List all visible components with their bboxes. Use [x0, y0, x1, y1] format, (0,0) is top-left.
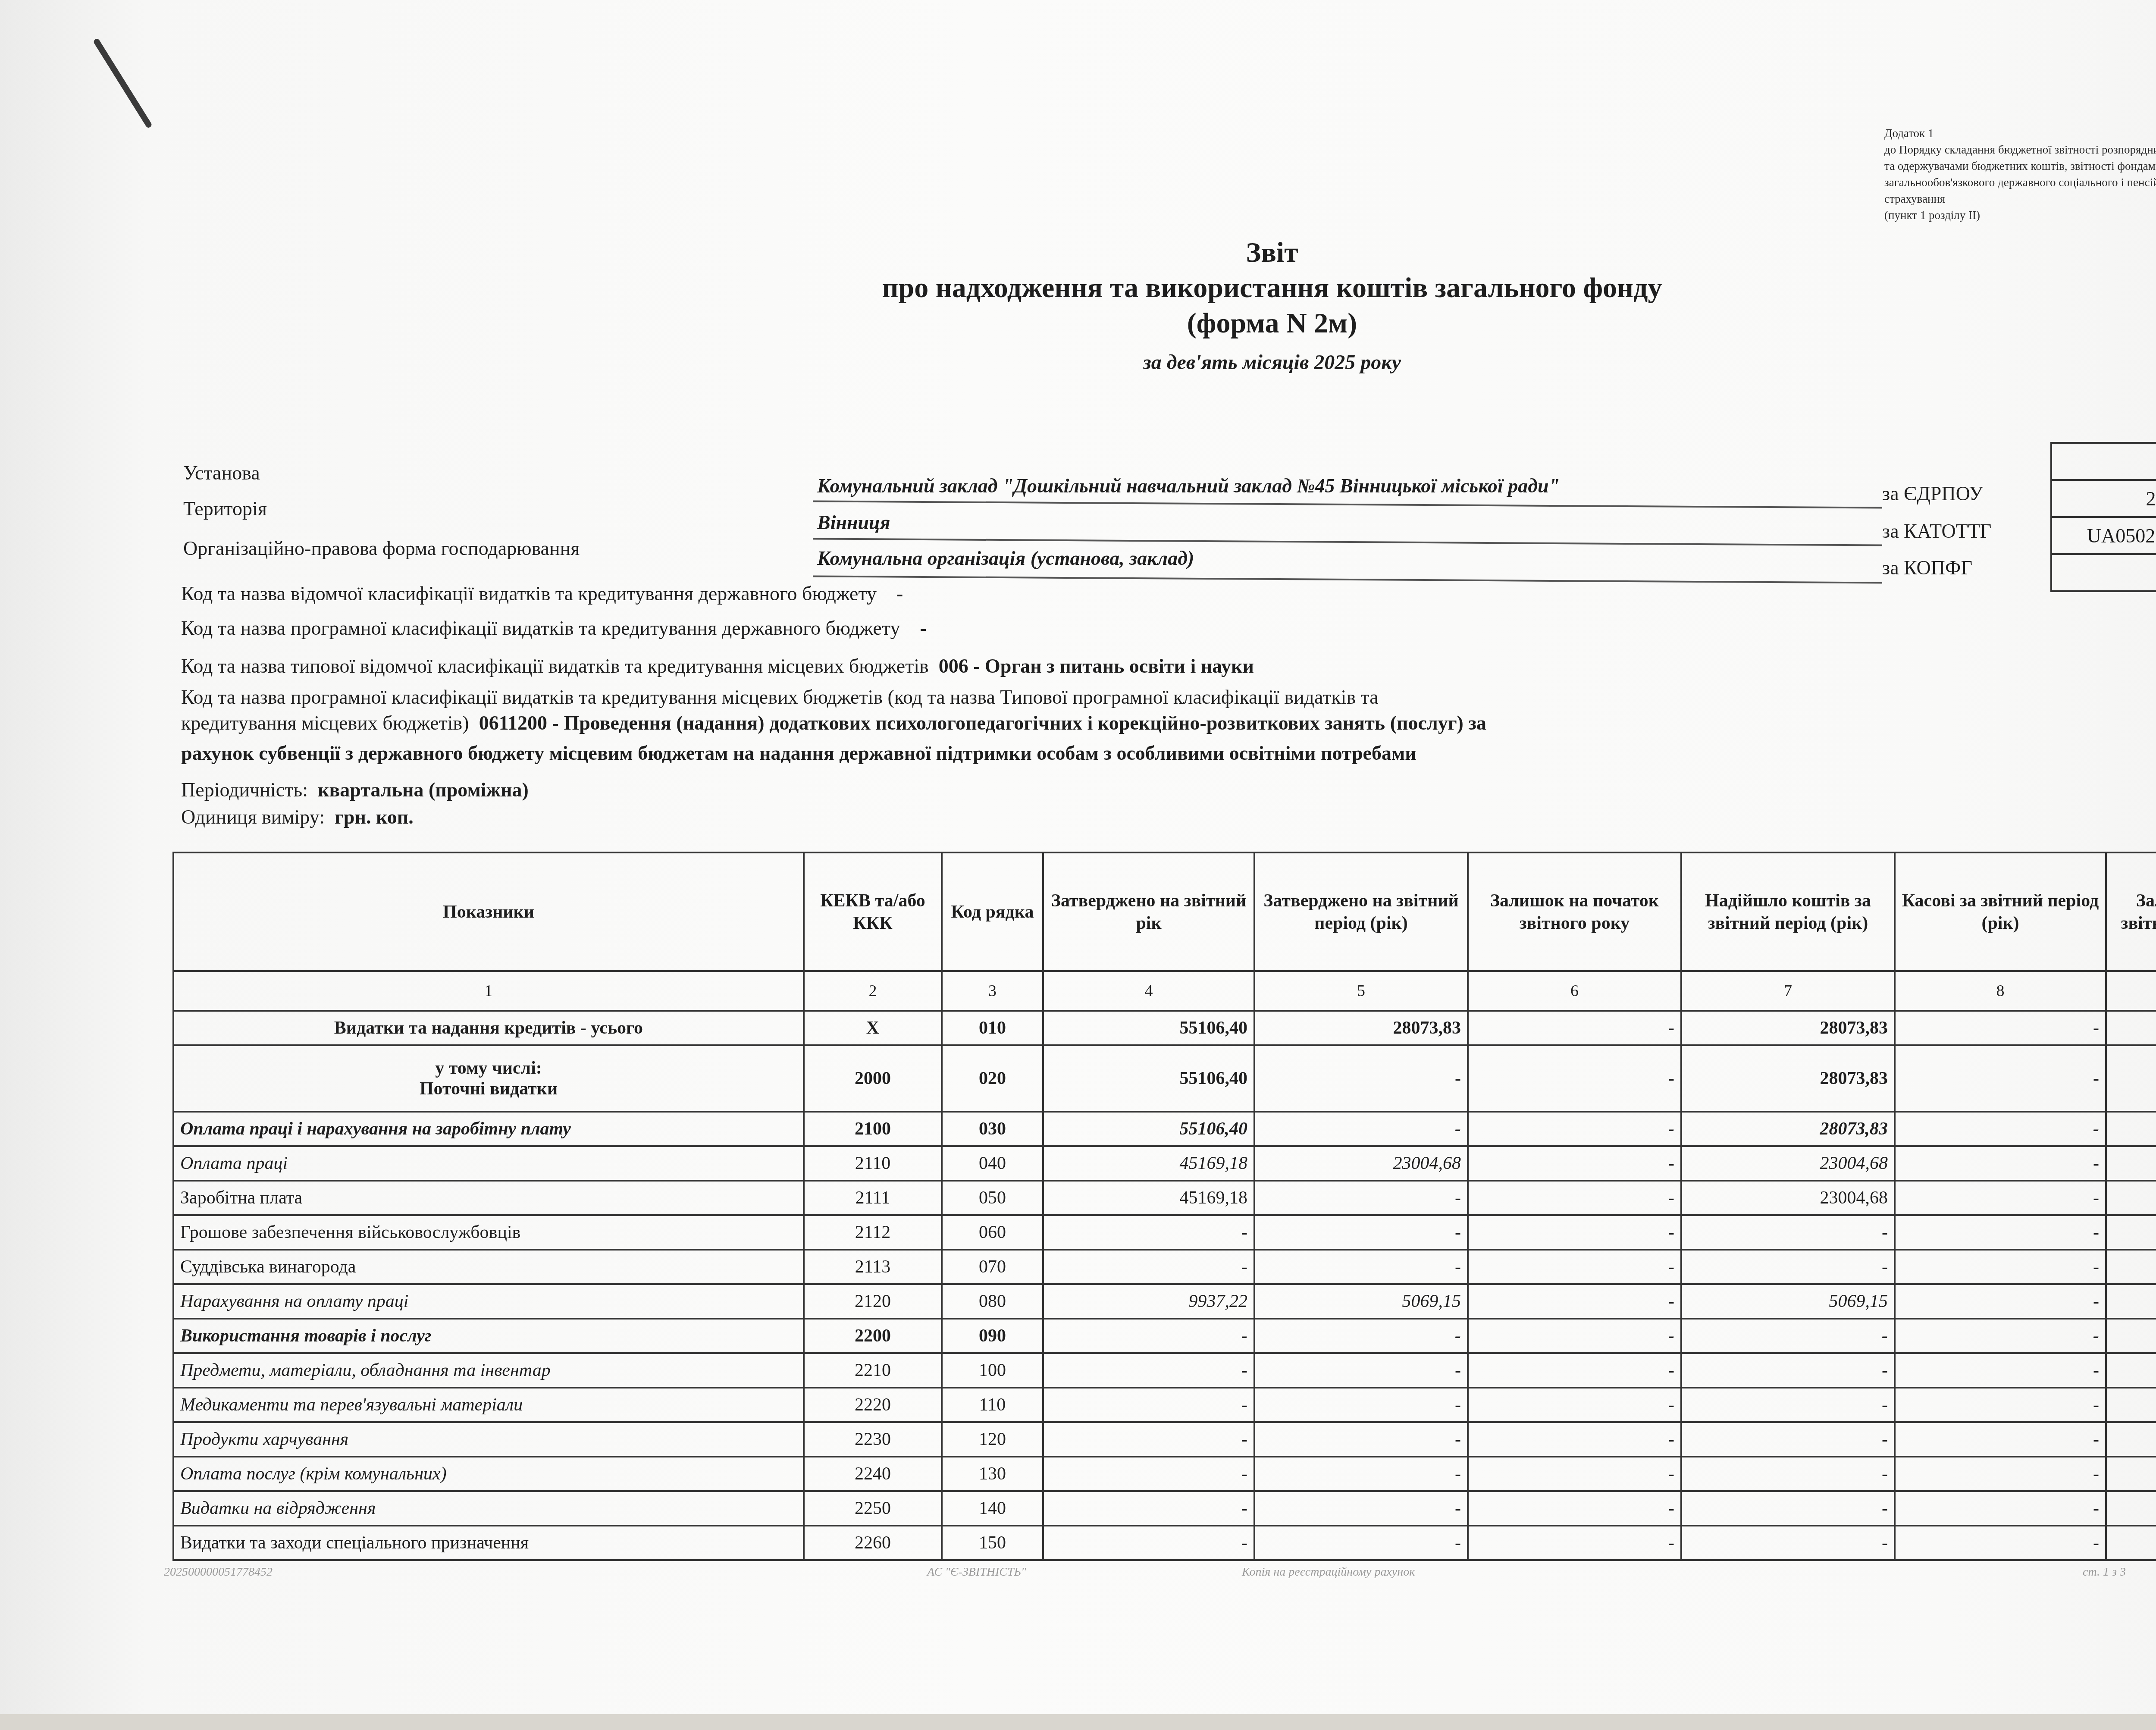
- institution-label: Установа: [183, 461, 260, 484]
- approved-period-cell: -: [1254, 1353, 1468, 1388]
- approved-year-cell: -: [1043, 1250, 1254, 1284]
- balance-end-cell: 28073,83: [2106, 1112, 2156, 1146]
- balance-start-cell: -: [1468, 1181, 1681, 1215]
- cash-cell: -: [1895, 1319, 2106, 1353]
- kekv-cell: 2120: [804, 1284, 942, 1319]
- row-code-cell: 060: [942, 1215, 1043, 1250]
- received-cell: -: [1681, 1422, 1895, 1457]
- balance-end-cell: -: [2106, 1457, 2156, 1491]
- balance-end-cell: -: [2106, 1319, 2156, 1353]
- received-cell: -: [1681, 1319, 1895, 1353]
- balance-start-cell: -: [1468, 1011, 1681, 1045]
- received-cell: 5069,15: [1681, 1284, 1895, 1319]
- balance-end-cell: 23004,68: [2106, 1146, 2156, 1181]
- balance-start-cell: -: [1468, 1112, 1681, 1146]
- codes-header: КОДИ: [2051, 443, 2156, 480]
- footer-copy-note: Копія на реєстраційному рахунок: [1242, 1565, 1415, 1579]
- territory-label: Територія: [183, 497, 267, 520]
- table-header-row: Показники КЕКВ та/або ККК Код рядка Затв…: [173, 852, 2156, 971]
- row-indicator-name: Суддівська винагорода: [173, 1250, 804, 1284]
- appendix-line: загальнообов'язкового державного соціаль…: [1884, 174, 2156, 191]
- balance-end-cell: -: [2106, 1422, 2156, 1457]
- balance-start-cell: -: [1468, 1319, 1681, 1353]
- appendix-line: до Порядку складання бюджетної звітності…: [1884, 141, 2156, 158]
- kekv-cell: 2260: [804, 1526, 942, 1560]
- approved-year-cell: -: [1043, 1457, 1254, 1491]
- received-cell: -: [1681, 1526, 1895, 1560]
- received-cell: -: [1681, 1250, 1895, 1284]
- table-row: Видатки та надання кредитів - усьогоX010…: [173, 1011, 2156, 1045]
- approved-period-cell: 23004,68: [1254, 1146, 1468, 1181]
- table-row: Суддівська винагорода2113070------: [173, 1250, 2156, 1284]
- approved-year-cell: 45169,18: [1043, 1181, 1254, 1215]
- title-line-1: Звіт: [647, 235, 1897, 270]
- table-row: у тому числі:Поточні видатки200002055106…: [173, 1045, 2156, 1112]
- table-row: Видатки на відрядження2250140------: [173, 1491, 2156, 1526]
- kekv-cell: 2200: [804, 1319, 942, 1353]
- table-row: Оплата праці211004045169,1823004,68-2300…: [173, 1146, 2156, 1181]
- approved-period-cell: -: [1254, 1388, 1468, 1422]
- paper-edge: [0, 1714, 2156, 1730]
- cash-cell: -: [1895, 1388, 2106, 1422]
- approved-period-cell: -: [1254, 1045, 1468, 1112]
- received-cell: 28073,83: [1681, 1011, 1895, 1045]
- cash-cell: -: [1895, 1112, 2106, 1146]
- katottg-value: UA05020030010063857: [2051, 517, 2156, 554]
- balance-end-cell: -: [2106, 1353, 2156, 1388]
- row-code-cell: 030: [942, 1112, 1043, 1146]
- row-indicator-name: Оплата праці: [173, 1146, 804, 1181]
- row-indicator-name: Використання товарів і послуг: [173, 1319, 804, 1353]
- periodicity: Періодичність: квартальна (проміжна): [181, 778, 529, 801]
- title-form-number: (форма N 2м): [647, 306, 1897, 341]
- appendix-note: Додаток 1 до Порядку складання бюджетної…: [1884, 125, 2156, 223]
- approved-year-cell: -: [1043, 1526, 1254, 1560]
- table-row: Предмети, матеріали, обладнання та інвен…: [173, 1353, 2156, 1388]
- balance-start-cell: -: [1468, 1388, 1681, 1422]
- row-code-cell: 100: [942, 1353, 1043, 1388]
- balance-end-cell: -: [2106, 1491, 2156, 1526]
- classification-line-4c: рахунок субвенції з державного бюджету м…: [181, 742, 1416, 765]
- cash-cell: -: [1895, 1215, 2106, 1250]
- footer-system: АС "Є-ЗВІТНІСТЬ": [927, 1565, 1026, 1579]
- cash-cell: -: [1895, 1457, 2106, 1491]
- kekv-cell: 2112: [804, 1215, 942, 1250]
- approved-year-cell: 55106,40: [1043, 1112, 1254, 1146]
- classification-line-2: Код та назва програмної класифікації вид…: [181, 617, 927, 639]
- classification-line-4a: Код та назва програмної класифікації вид…: [181, 686, 1379, 708]
- footer-doc-id: 202500000051778452: [164, 1565, 273, 1579]
- row-indicator-name: Видатки та надання кредитів - усього: [173, 1011, 804, 1045]
- classification-line-4b: кредитування місцевих бюджетів) 0611200 …: [181, 711, 1486, 734]
- row-indicator-name: Нарахування на оплату праці: [173, 1284, 804, 1319]
- katottg-label: за КАТОТТГ: [1882, 520, 1991, 542]
- row-indicator-name: Видатки та заходи спеціального призначен…: [173, 1526, 804, 1560]
- approved-period-cell: -: [1254, 1457, 1468, 1491]
- approved-period-cell: -: [1254, 1215, 1468, 1250]
- approved-period-cell: 28073,83: [1254, 1011, 1468, 1045]
- row-indicator-name: у тому числі:Поточні видатки: [173, 1045, 804, 1112]
- cash-cell: -: [1895, 1422, 2106, 1457]
- col-header-cash: Касові за звітний період (рік): [1895, 852, 2106, 971]
- balance-end-cell: 23004,68: [2106, 1181, 2156, 1215]
- kekv-cell: 2111: [804, 1181, 942, 1215]
- balance-end-cell: -: [2106, 1526, 2156, 1560]
- approved-period-cell: -: [1254, 1491, 1468, 1526]
- approved-year-cell: 55106,40: [1043, 1011, 1254, 1045]
- report-period: за дев'ять місяців 2025 року: [647, 351, 1897, 374]
- kekv-cell: X: [804, 1011, 942, 1045]
- kekv-cell: 2210: [804, 1353, 942, 1388]
- balance-start-cell: -: [1468, 1491, 1681, 1526]
- edrpou-label: за ЄДРПОУ: [1882, 482, 1983, 505]
- approved-period-cell: 5069,15: [1254, 1284, 1468, 1319]
- institution-value: Комунальний заклад "Дошкільний навчальни…: [817, 474, 1560, 497]
- col-header-approved-period: Затверджено на звітний період (рік): [1254, 852, 1468, 971]
- kekv-cell: 2113: [804, 1250, 942, 1284]
- balance-start-cell: -: [1468, 1045, 1681, 1112]
- footer-page: ст. 1 з 3: [2083, 1565, 2126, 1579]
- received-cell: -: [1681, 1388, 1895, 1422]
- approved-year-cell: 9937,22: [1043, 1284, 1254, 1319]
- received-cell: -: [1681, 1215, 1895, 1250]
- table-row: Видатки та заходи спеціального призначен…: [173, 1526, 2156, 1560]
- row-code-cell: 080: [942, 1284, 1043, 1319]
- cash-cell: -: [1895, 1045, 2106, 1112]
- approved-year-cell: -: [1043, 1422, 1254, 1457]
- col-header-received: Надійшло коштів за звітний період (рік): [1681, 852, 1895, 971]
- row-code-cell: 130: [942, 1457, 1043, 1491]
- cash-cell: -: [1895, 1011, 2106, 1045]
- row-code-cell: 070: [942, 1250, 1043, 1284]
- received-cell: -: [1681, 1457, 1895, 1491]
- approved-year-cell: 45169,18: [1043, 1146, 1254, 1181]
- cash-cell: -: [1895, 1181, 2106, 1215]
- balance-start-cell: -: [1468, 1353, 1681, 1388]
- balance-start-cell: -: [1468, 1284, 1681, 1319]
- table-row: Медикаменти та перев'язувальні матеріали…: [173, 1388, 2156, 1422]
- approved-year-cell: -: [1043, 1388, 1254, 1422]
- column-numbers-row: 1 2 3 4 5 6 7 8 9: [173, 971, 2156, 1011]
- approved-period-cell: -: [1254, 1250, 1468, 1284]
- approved-period-cell: -: [1254, 1319, 1468, 1353]
- kekv-cell: 2000: [804, 1045, 942, 1112]
- cash-cell: -: [1895, 1284, 2106, 1319]
- row-code-cell: 010: [942, 1011, 1043, 1045]
- received-cell: 28073,83: [1681, 1045, 1895, 1112]
- approved-year-cell: -: [1043, 1319, 1254, 1353]
- territory-value: Вінниця: [817, 511, 890, 534]
- approved-period-cell: -: [1254, 1422, 1468, 1457]
- kekv-cell: 2100: [804, 1112, 942, 1146]
- row-code-cell: 050: [942, 1181, 1043, 1215]
- approved-year-cell: -: [1043, 1491, 1254, 1526]
- row-indicator-name: Медикаменти та перев'язувальні матеріали: [173, 1388, 804, 1422]
- row-indicator-name: Оплата послуг (крім комунальних): [173, 1457, 804, 1491]
- kopfg-value: 430: [2051, 554, 2156, 591]
- kekv-cell: 2230: [804, 1422, 942, 1457]
- row-code-cell: 020: [942, 1045, 1043, 1112]
- received-cell: -: [1681, 1353, 1895, 1388]
- cash-cell: -: [1895, 1353, 2106, 1388]
- appendix-line: та одержувачами бюджетних коштів, звітно…: [1884, 158, 2156, 174]
- table-row: Оплата послуг (крім комунальних)2240130-…: [173, 1457, 2156, 1491]
- cash-cell: -: [1895, 1491, 2106, 1526]
- row-indicator-name: Продукти харчування: [173, 1422, 804, 1457]
- appendix-line: Додаток 1: [1884, 125, 2156, 141]
- col-header-row-code: Код рядка: [942, 852, 1043, 971]
- col-header-kekv: КЕКВ та/або ККК: [804, 852, 942, 971]
- balance-start-cell: -: [1468, 1526, 1681, 1560]
- approved-period-cell: -: [1254, 1526, 1468, 1560]
- received-cell: 23004,68: [1681, 1146, 1895, 1181]
- row-code-cell: 140: [942, 1491, 1043, 1526]
- received-cell: 28073,83: [1681, 1112, 1895, 1146]
- classification-line-3: Код та назва типової відомчої класифікац…: [181, 655, 1254, 677]
- unit-of-measure: Одиниця виміру: грн. коп.: [181, 805, 414, 828]
- balance-start-cell: -: [1468, 1250, 1681, 1284]
- received-cell: -: [1681, 1491, 1895, 1526]
- row-indicator-name: Грошове забезпечення військовослужбовців: [173, 1215, 804, 1250]
- classification-line-1: Код та назва відомчої класифікації видат…: [181, 582, 903, 605]
- report-table: Показники КЕКВ та/або ККК Код рядка Затв…: [172, 852, 2156, 1561]
- approved-year-cell: 55106,40: [1043, 1045, 1254, 1112]
- col-header-balance-end: Залишок на кінець звітного періоду (року…: [2106, 852, 2156, 971]
- balance-start-cell: -: [1468, 1457, 1681, 1491]
- approved-period-cell: -: [1254, 1112, 1468, 1146]
- row-code-cell: 120: [942, 1422, 1043, 1457]
- row-indicator-name: Оплата праці і нарахування на заробітну …: [173, 1112, 804, 1146]
- kekv-cell: 2110: [804, 1146, 942, 1181]
- kekv-cell: 2250: [804, 1491, 942, 1526]
- balance-end-cell: 5069,15: [2106, 1284, 2156, 1319]
- balance-start-cell: -: [1468, 1215, 1681, 1250]
- row-indicator-name: Видатки на відрядження: [173, 1491, 804, 1526]
- cash-cell: -: [1895, 1250, 2106, 1284]
- table-row: Заробітна плата211105045169,18--23004,68…: [173, 1181, 2156, 1215]
- balance-end-cell: -: [2106, 1388, 2156, 1422]
- org-form-label: Організаційно-правова форма господарюван…: [183, 537, 580, 560]
- received-cell: 23004,68: [1681, 1181, 1895, 1215]
- table-row: Нарахування на оплату праці21200809937,2…: [173, 1284, 2156, 1319]
- table-row: Оплата праці і нарахування на заробітну …: [173, 1112, 2156, 1146]
- approved-period-cell: -: [1254, 1181, 1468, 1215]
- balance-start-cell: -: [1468, 1422, 1681, 1457]
- kopfg-label: за КОПФГ: [1882, 556, 1972, 579]
- org-form-value: Комунальна організація (установа, заклад…: [817, 547, 1194, 570]
- kekv-cell: 2240: [804, 1457, 942, 1491]
- row-code-cell: 110: [942, 1388, 1043, 1422]
- balance-end-cell: -: [2106, 1250, 2156, 1284]
- approved-year-cell: -: [1043, 1215, 1254, 1250]
- balance-end-cell: 28073,83: [2106, 1011, 2156, 1045]
- appendix-line: страхування: [1884, 191, 2156, 207]
- col-header-approved-year: Затверджено на звітний рік: [1043, 852, 1254, 971]
- kekv-cell: 2220: [804, 1388, 942, 1422]
- row-indicator-name: Заробітна плата: [173, 1181, 804, 1215]
- row-code-cell: 090: [942, 1319, 1043, 1353]
- balance-end-cell: 28073,83: [2106, 1045, 2156, 1112]
- row-indicator-name: Предмети, матеріали, обладнання та інвен…: [173, 1353, 804, 1388]
- table-row: Грошове забезпечення військовослужбовців…: [173, 1215, 2156, 1250]
- row-code-cell: 150: [942, 1526, 1043, 1560]
- approved-year-cell: -: [1043, 1353, 1254, 1388]
- balance-end-cell: -: [2106, 1215, 2156, 1250]
- codes-table: КОДИ 26244372 UA05020030010063857 430: [2050, 442, 2156, 592]
- appendix-line: (пункт 1 розділу II): [1884, 207, 2156, 223]
- col-header-indicators: Показники: [173, 852, 804, 971]
- row-code-cell: 040: [942, 1146, 1043, 1181]
- title-line-2: про надходження та використання коштів з…: [647, 270, 1897, 306]
- balance-start-cell: -: [1468, 1146, 1681, 1181]
- cash-cell: -: [1895, 1526, 2106, 1560]
- table-row: Використання товарів і послуг2200090----…: [173, 1319, 2156, 1353]
- report-title: Звіт про надходження та використання кош…: [647, 235, 1897, 374]
- col-header-balance-start: Залишок на початок звітного року: [1468, 852, 1681, 971]
- table-row: Продукти харчування2230120------: [173, 1422, 2156, 1457]
- edrpou-value: 26244372: [2051, 480, 2156, 517]
- cash-cell: -: [1895, 1146, 2106, 1181]
